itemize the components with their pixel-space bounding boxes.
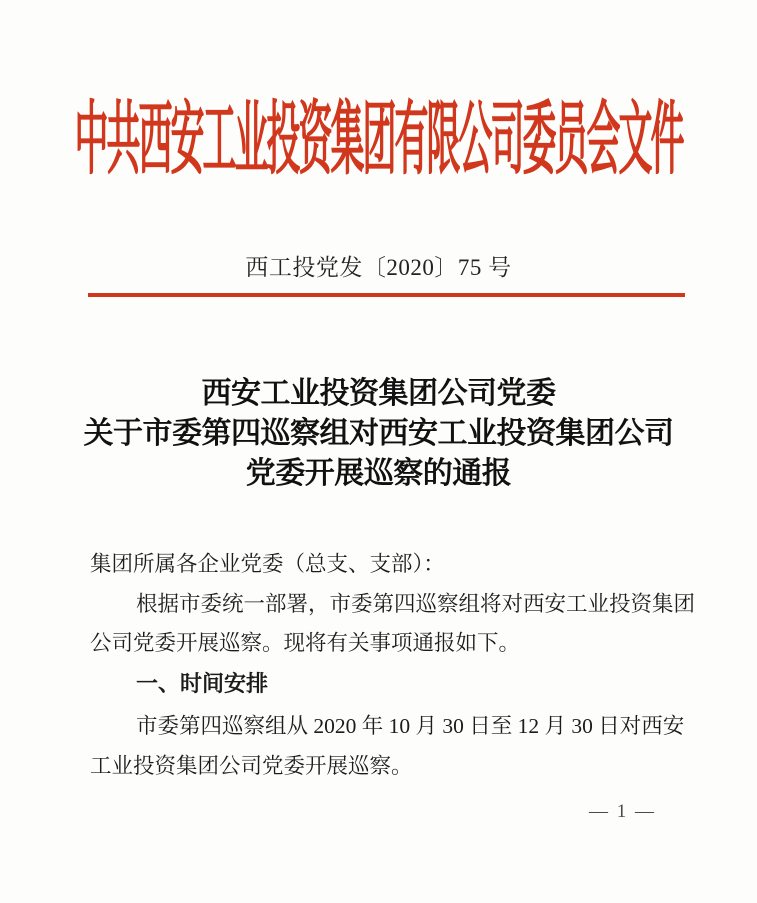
- scanned-document-page: 中共西安工业投资集团有限公司委员会文件 西工投党发〔2020〕75 号 西安工业…: [0, 0, 757, 903]
- paragraph-1-line-2: 公司党委开展巡察。现将有关事项通报如下。: [90, 624, 730, 664]
- document-title: 西安工业投资集团公司党委 关于市委第四巡察组对西安工业投资集团公司 党委开展巡察…: [0, 374, 757, 494]
- document-issue-number: 西工投党发〔2020〕75 号: [0, 253, 757, 283]
- paragraph-1-line-1: 根据市委统一部署，市委第四巡察组将对西安工业投资集团: [90, 585, 730, 625]
- page-number: — 1 —: [0, 801, 656, 823]
- paragraph-2-line-1: 市委第四巡察组从 2020 年 10 月 30 日至 12 月 30 日对西安: [90, 707, 730, 747]
- issuing-authority-title: 中共西安工业投资集团有限公司委员会文件: [75, 103, 683, 183]
- document-title-line-3: 党委开展巡察的通报: [0, 454, 757, 494]
- paragraph-2-line-2: 工业投资集团公司党委开展巡察。: [90, 747, 730, 787]
- salutation-line: 集团所属各企业党委（总支、支部）：: [90, 545, 730, 585]
- document-body: 集团所属各企业党委（总支、支部）： 根据市委统一部署，市委第四巡察组将对西安工业…: [90, 545, 730, 786]
- document-title-line-2: 关于市委第四巡察组对西安工业投资集团公司: [0, 414, 757, 454]
- red-divider-line: [88, 293, 685, 297]
- document-title-line-1: 西安工业投资集团公司党委: [0, 374, 757, 414]
- section-heading-time-arrangement: 一、时间安排: [90, 664, 730, 704]
- red-masthead: 中共西安工业投资集团有限公司委员会文件: [0, 101, 757, 185]
